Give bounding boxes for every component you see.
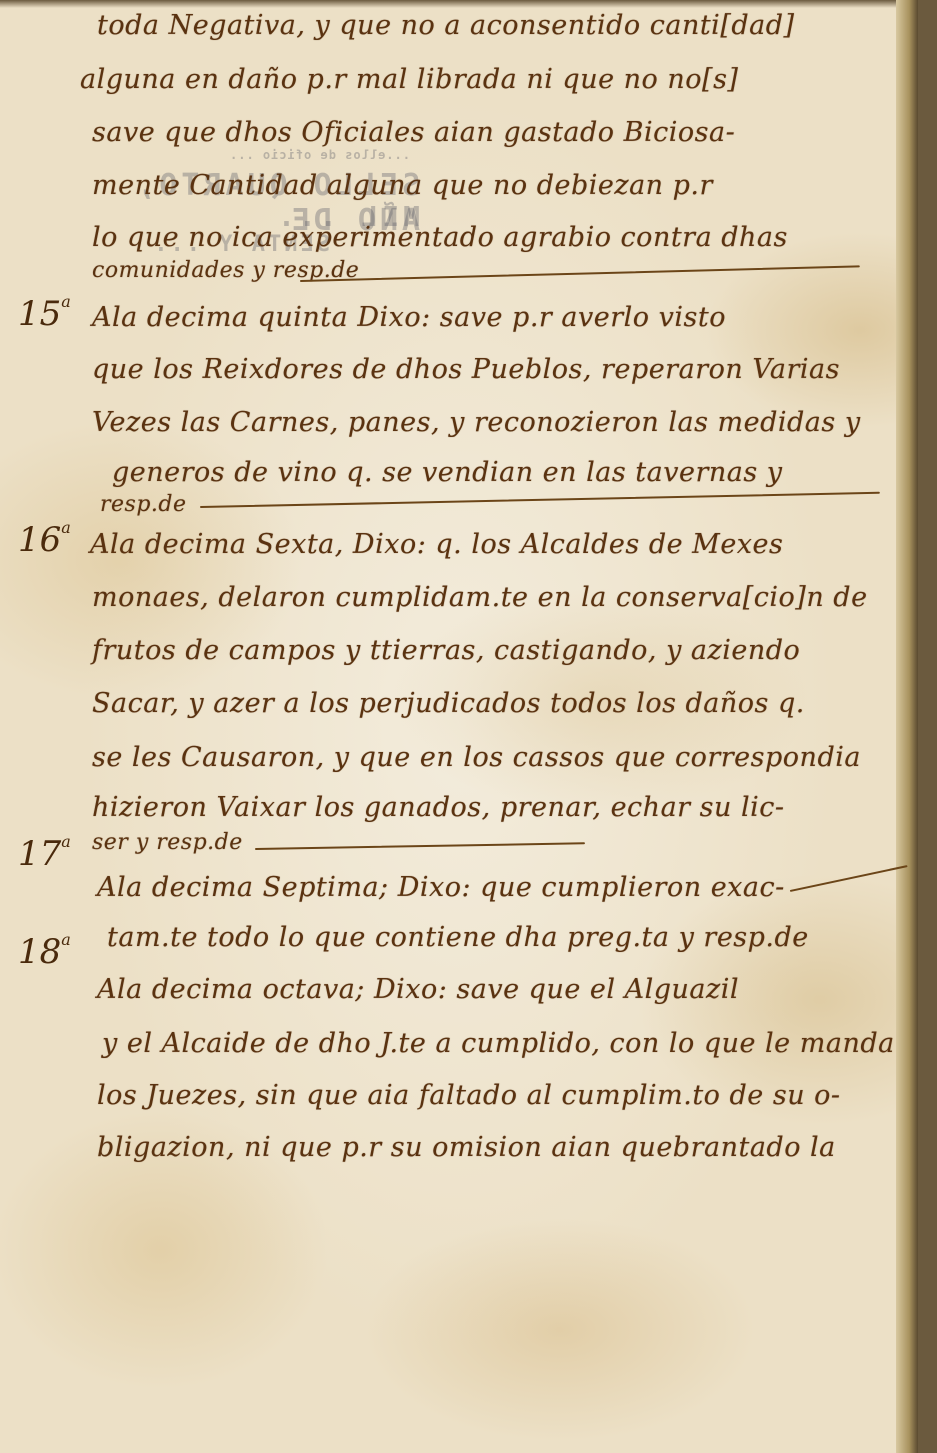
- manuscript-page: ...ellos de oficio ... SELLO QUARTO, AÑO…: [0, 0, 918, 1453]
- manuscript-line: los Juezes, sin que aia faltado al cumpl…: [97, 1080, 841, 1111]
- manuscript-line: toda Negativa, y que no a aconsentido ca…: [97, 10, 795, 41]
- margin-number-15: 15a: [18, 292, 71, 334]
- manuscript-line: Vezes las Carnes, panes, y reconozieron …: [92, 407, 861, 438]
- manuscript-line: Ala decima Septima; Dixo: que cumplieron…: [97, 872, 785, 903]
- line-end-flourish: [255, 842, 585, 850]
- page-right-edge: [896, 0, 918, 1453]
- manuscript-line: generos de vino q. se vendian en las tav…: [112, 457, 783, 488]
- manuscript-line: monaes, delaron cumplidam.te en la conse…: [92, 582, 868, 613]
- manuscript-line: Ala decima octava; Dixo: save que el Alg…: [97, 974, 739, 1005]
- manuscript-line: bligazion, ni que p.r su omision aian qu…: [97, 1132, 836, 1163]
- manuscript-line: frutos de campos y ttierras, castigando,…: [92, 635, 800, 666]
- manuscript-line: mente Cantidad alguna que no debiezan p.…: [92, 170, 713, 201]
- line-end-flourish: [790, 865, 908, 892]
- manuscript-line: save que dhos Oficiales aian gastado Bic…: [92, 117, 735, 148]
- manuscript-line: que los Reixdores de dhos Pueblos, reper…: [92, 354, 840, 385]
- manuscript-line: ser y resp.de: [92, 830, 243, 855]
- manuscript-line: lo que no ica experimentado agrabio cont…: [92, 222, 788, 253]
- line-end-flourish: [200, 492, 880, 508]
- manuscript-line: y el Alcaide de dho J.te a cumplido, con…: [102, 1028, 895, 1059]
- manuscript-line: tam.te todo lo que contiene dha preg.ta …: [107, 922, 809, 953]
- margin-number-16: 16a: [18, 518, 71, 560]
- stamp-line-1: ...ellos de oficio ...: [229, 148, 410, 162]
- manuscript-line: se les Causaron, y que en los cassos que…: [92, 742, 861, 773]
- line-end-flourish: [300, 265, 860, 282]
- manuscript-line: alguna en daño p.r mal librada ni que no…: [80, 64, 738, 95]
- manuscript-line: Ala decima quinta Dixo: save p.r averlo …: [92, 302, 726, 333]
- page-top-edge: [0, 0, 937, 8]
- manuscript-line: Ala decima Sexta, Dixo: q. los Alcaldes …: [90, 529, 783, 560]
- manuscript-line: hizieron Vaixar los ganados, prenar, ech…: [92, 792, 785, 823]
- manuscript-line: Sacar, y azer a los perjudicados todos l…: [92, 688, 805, 719]
- margin-number-17: 17a: [18, 832, 71, 874]
- manuscript-line: resp.de: [100, 492, 187, 517]
- margin-number-18: 18a: [18, 930, 71, 972]
